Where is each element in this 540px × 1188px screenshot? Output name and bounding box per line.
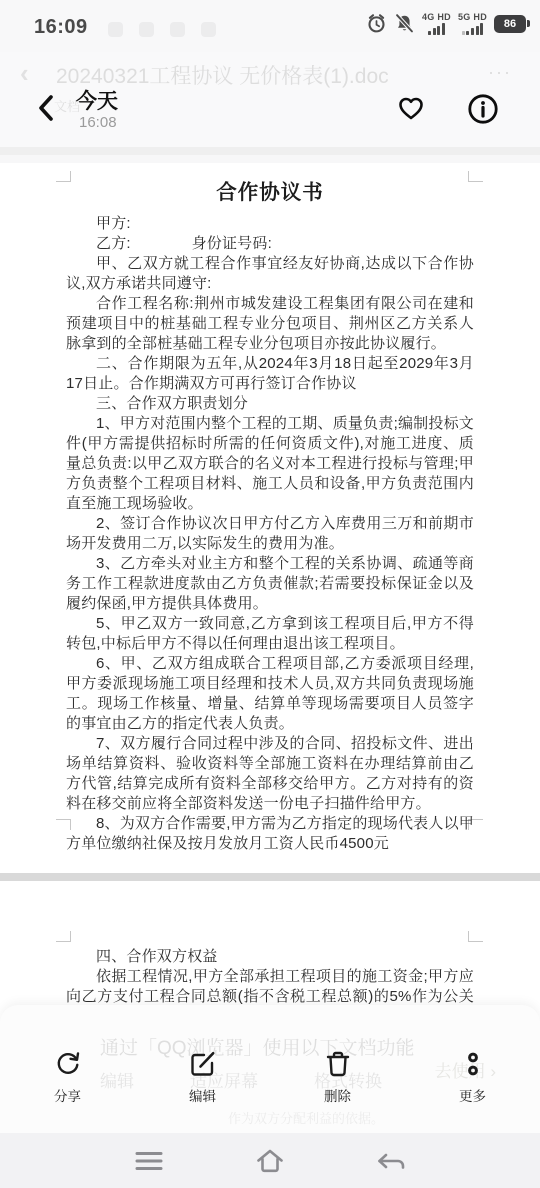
document-paragraph: 2、签订合作协议次日甲方付乙方入库费用三万和前期市场开发费用二万,以实际发生的费…: [66, 514, 474, 554]
favorite-button[interactable]: [395, 92, 427, 124]
document-paragraph: 乙方: 身份证号码:: [66, 234, 474, 254]
ghost-more-icon: ···: [488, 62, 512, 83]
document-paragraph: 3、乙方牵头对业主方和整个工程的关系协调、疏通等商务工作工程款进度款由乙方负责催…: [66, 554, 474, 614]
more-label: 更多: [459, 1085, 486, 1105]
heart-icon: [395, 92, 427, 124]
info-icon: [466, 92, 500, 126]
header-title: 今天: [76, 85, 118, 115]
ghost-back-chevron-icon: ‹: [20, 58, 29, 89]
details-button[interactable]: [466, 92, 500, 126]
more-icon: [458, 1049, 488, 1079]
document-page1: 合作协议书 甲方:乙方: 身份证号码:甲、乙双方就工程合作事宜经友好协商,达成以…: [66, 175, 474, 854]
trash-icon: [323, 1049, 353, 1079]
ghost-document-bleed-text: 作为双方分配利益的依据。: [228, 1108, 384, 1127]
back-nav-button[interactable]: [374, 1144, 408, 1178]
document-paragraph: 6、甲、乙双方组成联合工程项目部,乙方委派项目经理,甲方委派现场施工项目经理和技…: [66, 654, 474, 734]
back-button[interactable]: [34, 92, 60, 124]
share-button[interactable]: 分享: [0, 1049, 135, 1105]
edit-label: 编辑: [189, 1085, 216, 1105]
share-label: 分享: [54, 1085, 81, 1105]
share-icon: [53, 1049, 83, 1079]
page2-cropmark-topleft: [56, 931, 71, 942]
edit-button[interactable]: 编辑: [135, 1049, 270, 1105]
page2-cropmark-topright: [468, 931, 483, 942]
action-bar: 分享 编辑 删除 更多: [0, 1049, 540, 1105]
header-timestamp: 16:08: [79, 114, 117, 131]
document-paragraph: 三、合作双方职责划分: [66, 394, 474, 414]
document-page1-paragraphs: 甲方:乙方: 身份证号码:甲、乙双方就工程合作事宜经友好协商,达成以下合作协议,…: [66, 214, 474, 854]
status-bar: 16:09 4G HD 5G HD 86: [0, 0, 540, 52]
document-paragraph: 二、合作期限为五年,从2024年3月18日起至2029年3月17日止。合作期满双…: [66, 354, 474, 394]
document-paragraph: 8、为双方合作需要,甲方需为乙方指定的现场代表人以甲方单位缴纳社保及按月发放月工…: [66, 814, 474, 854]
document-paragraph: 四、合作双方权益: [66, 947, 474, 967]
signal-4g: 4G HD: [422, 12, 451, 35]
document-title: 合作协议书: [66, 175, 474, 205]
document-paragraph: 合作工程名称:荆州市城发建设工程集团有限公司在建和预建项目中的桩基础工程专业分包…: [66, 294, 474, 354]
status-time: 16:09: [34, 16, 88, 39]
notification-icons-faded: [108, 22, 216, 37]
ghost-doc-title: 20240321工程协议 无价格表(1).doc: [56, 60, 496, 90]
back-icon: [375, 1147, 407, 1175]
menu-icon: [134, 1149, 164, 1173]
battery-indicator: 86: [494, 15, 526, 33]
more-button[interactable]: 更多: [405, 1049, 540, 1105]
home-icon: [254, 1147, 286, 1175]
document-paragraph: 甲方:: [66, 214, 474, 234]
page-break-band: [0, 873, 540, 881]
delete-label: 删除: [324, 1085, 351, 1105]
document-paragraph: 1、甲方对范围内整个工程的工期、质量负责;编制投标文件(甲方需提供招标时所需的任…: [66, 414, 474, 514]
alarm-icon: [366, 13, 387, 34]
document-paragraph: 甲、乙双方就工程合作事宜经友好协商,达成以下合作协议,双方承诺共同遵守:: [66, 254, 474, 294]
viewer-header: ‹ 20240321工程协议 无价格表(1).doc ··· 文档 今天 16:…: [0, 52, 540, 155]
home-button[interactable]: [253, 1144, 287, 1178]
signal-5g: 5G HD: [458, 12, 487, 35]
document-paragraph: 5、甲乙双方一致同意,乙方拿到该工程项目后,甲方不得转包,中标后甲方不得以任何理…: [66, 614, 474, 654]
bottom-action-sheet: 通过「QQ浏览器」使用以下文档功能 去使用 › 编辑适应屏幕格式转换 作为双方分…: [0, 1005, 540, 1135]
mute-icon: [394, 13, 415, 34]
document-paragraph: 7、双方履行合同过程中涉及的合同、招投标文件、进出场单结算资料、验收资料等全部施…: [66, 734, 474, 814]
edit-icon: [188, 1049, 218, 1079]
recents-button[interactable]: [132, 1144, 166, 1178]
back-chevron-icon: [34, 92, 60, 124]
android-nav-bar: [0, 1133, 540, 1188]
delete-button[interactable]: 删除: [270, 1049, 405, 1105]
